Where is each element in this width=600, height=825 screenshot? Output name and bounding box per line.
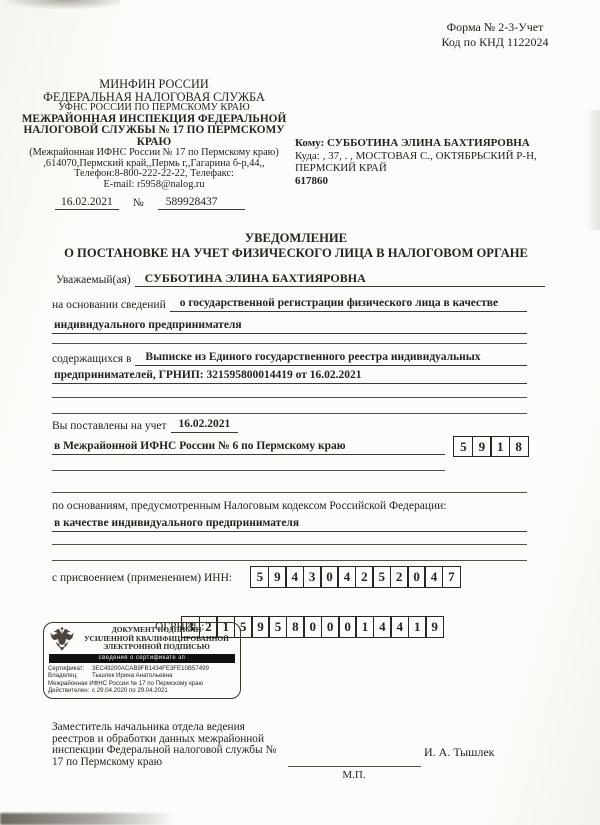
digit-cell: 7 [442, 566, 461, 588]
ruled-line [52, 560, 527, 561]
stamp-owner-label: Владелец: [48, 672, 92, 679]
stamp-cert-label: Сертификат: [48, 665, 92, 672]
signature-line [288, 766, 421, 767]
stamp-owner-value: Тышлек Ирина Анатольевна [92, 672, 172, 679]
authority-name: в Межрайонной ИФНС России № 6 по Пермско… [52, 439, 445, 455]
scan-artifact-bottom-left [0, 813, 175, 825]
digit-cell: 4 [337, 566, 356, 588]
digit-cell: 4 [390, 616, 409, 638]
stamp-certificate-row: Сертификат: 3EC49200ACAB9FB1434FE3FE10B5… [48, 665, 236, 672]
contained-value-2: предпринимателей, ГРНИП: 321595800014419… [52, 368, 527, 384]
digit-cell: 8 [509, 436, 529, 457]
stamp-owner-row: Владелец: Тышлек Ирина Анатольевна [48, 672, 236, 679]
digit-cell: 9 [251, 616, 270, 638]
sender-line: НАЛОГОВОЙ СЛУЖБЫ № 17 ПО ПЕРМСКОМУ [8, 125, 300, 137]
form-reference: Форма № 2-3-Учет Код по КНД 1122024 [420, 20, 570, 50]
digit-cell: 1 [490, 436, 510, 457]
recipient-address1: , 37, . , МОСТОВАЯ С., ОКТЯБРЬСКИЙ Р-Н, [323, 150, 537, 162]
number-sign: № [133, 197, 144, 209]
registered-date: 16.02.2021 [171, 417, 239, 433]
digit-cell: 0 [303, 616, 322, 638]
stamp-place-label: М.П. [330, 769, 378, 781]
stamp-valid-label: Действителен: [48, 687, 92, 694]
double-eagle-emblem-icon [49, 626, 75, 652]
basis-value-2: индивидуального предпринимателя [52, 318, 527, 334]
title-line-1: УВЕДОМЛЕНИЕ [15, 231, 577, 246]
recipient-address-line: Куда: , 37, . , МОСТОВАЯ С., ОКТЯБРЬСКИЙ… [295, 150, 593, 163]
recipient-name: СУББОТИНА ЭЛИНА БАХТИЯРОВНА [327, 137, 530, 149]
digit-cell: 1 [355, 616, 374, 638]
digit-cell: 3 [303, 566, 322, 588]
digit-cell: 4 [424, 566, 443, 588]
recipient-block: Кому: СУББОТИНА ЭЛИНА БАХТИЯРОВНА Куда: … [295, 137, 593, 187]
signer-name: И. А. Тышлек [424, 745, 495, 760]
stamp-head-text: ДОКУМЕНТ ПОДПИСАН УСИЛЕННОЙ КВАЛИФИЦИРОВ… [77, 626, 236, 651]
grounds-value: в качестве индивидуального предпринимате… [52, 516, 527, 532]
basis-label: на основании сведений [52, 298, 170, 312]
sender-phone: Телефон:8-800-222-22-22, Телефакс: [8, 169, 300, 180]
contained-label: содержащихся в [52, 352, 135, 366]
recipient-to-label: Кому: [295, 137, 324, 149]
recipient-where-label: Куда: [295, 150, 320, 162]
document-number: 589928437 [158, 196, 246, 210]
salutation-row: Уважаемый(ая) СУББОТИНА ЭЛИНА БАХТИЯРОВН… [56, 271, 545, 287]
contained-value-1: Выписке из Единого государственного реес… [135, 350, 527, 366]
authority-code-boxes: 5918 [455, 436, 529, 457]
signer-title: Заместитель начальника отдела ведения ре… [52, 722, 320, 768]
signer-title-line3: инспекции Федеральной налоговой службы № [52, 745, 320, 757]
stamp-valid-row: Действителен: с 29.04.2020 по 29.04.2021 [48, 687, 236, 694]
ruled-line [52, 544, 527, 545]
digit-cell: 0 [338, 616, 357, 638]
salutation-name: СУББОТИНА ЭЛИНА БАХТИЯРОВНА [135, 271, 545, 287]
digit-cell: 1 [408, 616, 427, 638]
sender-header: МИНФИН РОССИИ ФЕДЕРАЛЬНАЯ НАЛОГОВАЯ СЛУЖ… [8, 78, 300, 190]
digit-cell: 0 [407, 566, 426, 588]
form-number: Форма № 2-3-Учет [420, 20, 570, 35]
digit-cell: 5 [268, 616, 287, 638]
inn-digit-boxes: 594304252047 [252, 566, 461, 588]
knd-code: Код по КНД 1122024 [420, 35, 570, 50]
digit-cell: 4 [285, 566, 304, 588]
digit-cell: 2 [390, 566, 409, 588]
sender-email: E-mail: r5958@nalog.ru [8, 180, 300, 191]
digit-cell: 8 [286, 616, 305, 638]
title-line-2: О ПОСТАНОВКЕ НА УЧЕТ ФИЗИЧЕСКОГО ЛИЦА В … [15, 246, 577, 261]
stamp-details: Сертификат: 3EC49200ACAB9FB1434FE3FE10B5… [48, 665, 236, 695]
ruled-line [52, 413, 527, 414]
digit-cell: 9 [268, 566, 287, 588]
stamp-valid-value: с 29.04.2020 по 29.04.2021 [92, 687, 168, 694]
recipient-address2: ПЕРМСКИЙ КРАЙ [295, 162, 593, 175]
ruled-line [52, 397, 527, 398]
recipient-name-line: Кому: СУББОТИНА ЭЛИНА БАХТИЯРОВНА [295, 137, 593, 150]
basis-row: на основании сведений о государственной … [52, 296, 527, 312]
document-page: Форма № 2-3-Учет Код по КНД 1122024 МИНФ… [0, 0, 600, 825]
stamp-header: ДОКУМЕНТ ПОДПИСАН УСИЛЕННОЙ КВАЛИФИЦИРОВ… [48, 626, 236, 652]
inn-label: с присвоением (применением) ИНН: [52, 571, 232, 585]
digit-cell: 5 [372, 566, 391, 588]
digit-cell: 0 [320, 566, 339, 588]
signer-title-line1: Заместитель начальника отдела ведения [52, 722, 320, 734]
digit-cell: 2 [355, 566, 374, 588]
digit-cell: 9 [472, 436, 492, 457]
digital-signature-stamp: ДОКУМЕНТ ПОДПИСАН УСИЛЕННОЙ КВАЛИФИЦИРОВ… [43, 622, 241, 699]
ruled-line [52, 343, 527, 344]
digit-cell: 9 [425, 616, 444, 638]
registered-row: Вы поставлены на учет 16.02.2021 [52, 417, 238, 433]
stamp-head-line3: ЭЛЕКТРОННОЙ ПОДПИСЬЮ [77, 643, 236, 651]
document-date: 16.02.2021 [55, 196, 119, 210]
sender-line: (Межрайонная ИФНС России № 17 по Пермско… [8, 148, 300, 159]
sender-line: УФНС РОССИИ ПО ПЕРМСКОМУ КРАЮ [8, 103, 300, 114]
ruled-line [52, 470, 445, 471]
recipient-postcode: 617860 [295, 175, 593, 188]
stamp-cert-value: 3EC49200ACAB9FB1434FE3FE10B57499 [92, 665, 209, 672]
basis-value-1: о государственной регистрации физическог… [170, 296, 527, 312]
grounds-label: по основаниям, предусмотренным Налоговым… [52, 499, 447, 513]
sender-line: МИНФИН РОССИИ [8, 78, 300, 91]
document-date-row: 16.02.2021 № 589928437 [55, 196, 245, 210]
digit-cell: 4 [373, 616, 392, 638]
signer-title-line4: 17 по Пермскому краю [52, 757, 320, 769]
salutation-label: Уважаемый(ая) [56, 273, 135, 287]
digit-cell: 5 [453, 436, 473, 457]
digit-cell: 5 [250, 566, 269, 588]
stamp-org: Межрайонная ИФНС России № 17 по Пермском… [48, 680, 236, 687]
ruled-line [52, 492, 527, 493]
contained-row: содержащихся в Выписке из Единого госуда… [52, 350, 527, 366]
stamp-certificate-bar: сведения о сертификате эп [49, 654, 235, 663]
digit-cell: 0 [321, 616, 340, 638]
document-title: УВЕДОМЛЕНИЕ О ПОСТАНОВКЕ НА УЧЕТ ФИЗИЧЕС… [15, 231, 577, 261]
scan-artifact-top-left [0, 0, 120, 10]
registered-label: Вы поставлены на учет [52, 419, 171, 433]
